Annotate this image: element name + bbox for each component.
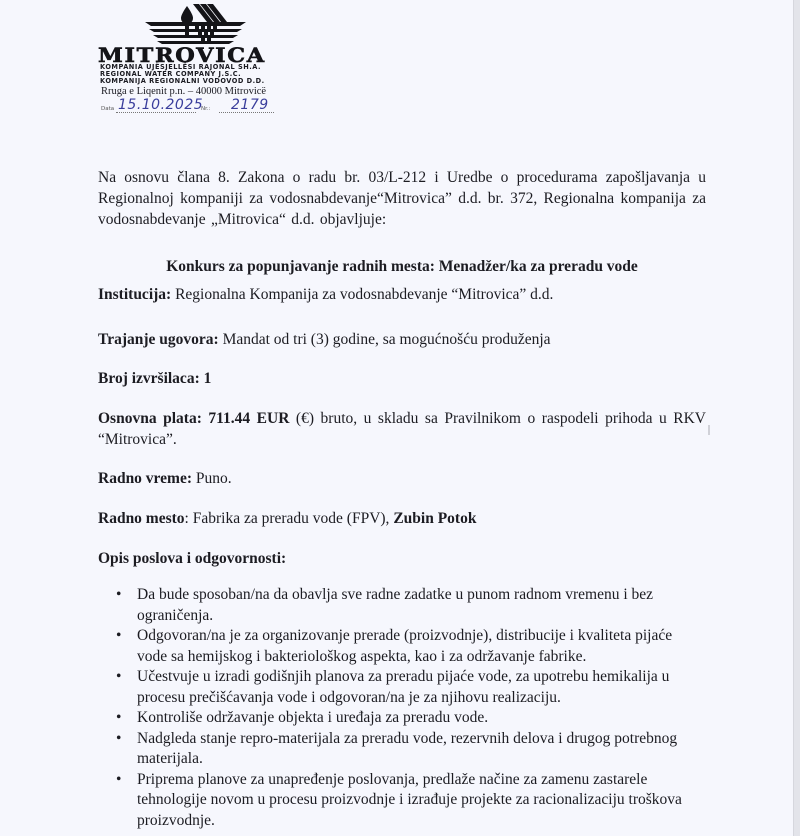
field-radno-vreme: Radno vreme: Puno. [98, 468, 706, 489]
field-label: Osnovna plata: [98, 410, 202, 427]
list-item: •Odgovoran/na je za organizovanje prerad… [98, 626, 706, 667]
bullet-icon: • [116, 729, 121, 750]
document-body: Na osnovu člana 8. Zakona o radu br. 03/… [98, 167, 706, 230]
field-value: Puno. [192, 470, 232, 487]
number-label: Nr.: [201, 106, 210, 112]
duty-text: Kontroliše održavanje objekta i uređaja … [137, 709, 488, 726]
document-page: MITROVICA KOMPANIA UJËSJELLËSI RAJONAL S… [0, 0, 793, 836]
field-value: Mandat od tri (3) godine, sa mogućnošću … [219, 331, 551, 348]
scan-artifact [708, 425, 710, 435]
company-logo-icon [143, 2, 248, 48]
field-label: Institucija: [98, 286, 171, 303]
bullet-icon: • [116, 667, 121, 688]
company-brand-name: MITROVICA [98, 46, 311, 64]
list-item: •Kontroliše održavanje objekta i uređaja… [98, 708, 706, 729]
bullet-icon: • [116, 626, 121, 647]
company-address: Rruga e Liqenit p.n. – 40000 Mitrovicë [101, 86, 266, 97]
list-item: •Da bude sposoban/na da obavlja sve radn… [98, 585, 706, 626]
field-radno-mesto: Radno mesto: Fabrika za preradu vode (FP… [98, 508, 706, 529]
list-item: •Nadgleda stanje repro-materijala za pre… [98, 729, 706, 770]
field-label: Radno vreme: [98, 470, 192, 487]
company-name-serbian: KOMPANIJA REGIONALNI VODOVOD D.D. [100, 78, 265, 85]
bullet-icon: • [116, 585, 121, 606]
field-value: Regionalna Kompanija za vodosnabdevanje … [171, 286, 553, 303]
field-osnovna-plata: Osnovna plata: 711.44 EUR (€) bruto, u s… [98, 408, 706, 450]
duty-text: Nadgleda stanje repro-materijala za prer… [137, 730, 677, 768]
field-broj-izvrsilaca: Broj izvršilaca: 1 [98, 368, 706, 389]
duty-text: Odgovoran/na je za organizovanje prerade… [137, 627, 672, 665]
field-label: Radno mesto [98, 510, 185, 527]
field-trajanje-ugovora: Trajanje ugovora: Mandat od tri (3) godi… [98, 329, 706, 350]
salary-amount: 711.44 EUR [202, 410, 290, 427]
duty-text: Priprema planove za unapređenje poslovan… [137, 771, 682, 829]
date-label: Data [101, 106, 114, 112]
page-edge-shadow [793, 0, 800, 836]
duty-text: Učestvuje u izradi godišnjih planova za … [137, 668, 669, 706]
section-heading: Opis poslova i odgovornosti: [98, 550, 286, 567]
intro-paragraph: Na osnovu člana 8. Zakona o radu br. 03/… [98, 167, 706, 230]
list-item: •Priprema planove za unapređenje poslova… [98, 770, 706, 832]
vacancy-title: Konkurs za popunjavanje radnih mesta: Me… [98, 256, 706, 277]
handwritten-number: 2179 [231, 97, 269, 113]
section-heading-duties: Opis poslova i odgovornosti: [98, 548, 706, 569]
field-value: : Fabrika za preradu vode (FPV), [185, 510, 394, 527]
bullet-icon: • [116, 708, 121, 729]
field-label: Broj izvršilaca: 1 [98, 370, 211, 387]
bullet-icon: • [116, 770, 121, 791]
field-institucija: Institucija: Regionalna Kompanija za vod… [98, 284, 706, 305]
handwritten-date: 15.10.2025 [118, 97, 203, 113]
duties-list: •Da bude sposoban/na da obavlja sve radn… [98, 585, 706, 831]
duty-text: Da bude sposoban/na da obavlja sve radne… [137, 586, 653, 624]
work-location: Zubin Potok [393, 510, 476, 527]
date-number-row: Data 15.10.2025 Nr.: 2179 [101, 97, 291, 115]
list-item: •Učestvuje u izradi godišnjih planova za… [98, 667, 706, 708]
field-label: Trajanje ugovora: [98, 331, 219, 348]
